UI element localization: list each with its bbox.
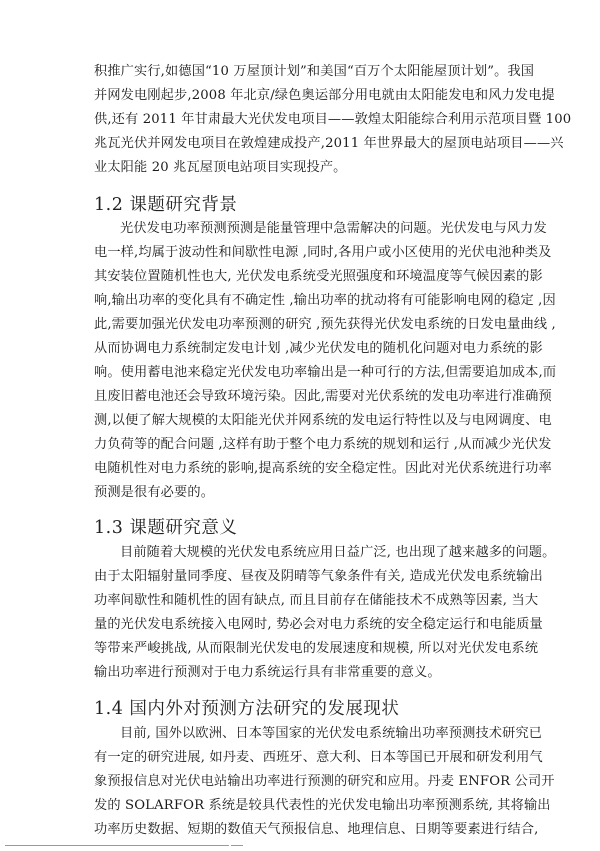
text-line: 量的光伏发电系统接入电网时, 势必会对电力系统的安全稳定运行和电能质量 <box>94 617 514 633</box>
text-line: 电一样,均属于波动性和间歇性电源 ,同时,各用户或小区使用的光伏电池种类及 <box>94 245 514 261</box>
text-line: 象预报信息对光伏电站输出功率进行预测的研究和应用。丹麦 ENFOR 公司开 <box>94 774 514 790</box>
text-line: 积推广实行,如德国“10 万屋顶计划”和美国“百万个太阳能屋顶计划”。我国 <box>94 64 514 80</box>
text-line: 功率历史数据、短期的数值天气预报信息、地理信息、日期等要素进行结合, <box>94 822 514 838</box>
text-line: 业太阳能 20 兆瓦屋顶电站项目实现投产。 <box>94 160 514 176</box>
text-line: 输出功率进行预测对于电力系统运行具有非常重要的意义。 <box>94 665 514 681</box>
text-line: 力负荷等的配合问题 ,这样有助于整个电力系统的规划和运行 ,从而减少光伏发 <box>94 437 514 453</box>
section-heading-1-2: 1.2 课题研究背景 <box>94 194 237 216</box>
document-page: 积推广实行,如德国“10 万屋顶计划”和美国“百万个太阳能屋顶计划”。我国 并网… <box>0 0 600 851</box>
text-line: 有一定的研究进展, 如丹麦、西班牙、意大利、日本等国已开展和研发利用气 <box>94 750 514 766</box>
text-line: 预测是很有必要的。 <box>94 485 514 501</box>
text-line: 测,以便了解大规模的太阳能光伏并网系统的发电运行特性以及与电网调度、电 <box>94 413 514 429</box>
text-line: 目前, 国外以欧洲、日本等国家的光伏发电系统输出功率预测技术研究已 <box>120 726 540 742</box>
text-line: 并网发电刚起步,2008 年北京/绿色奥运部分用电就由太阳能发电和风力发电提 <box>94 88 514 104</box>
text-line: 供,还有 2011 年甘肃最大光伏发电项目——敦煌太阳能综合利用示范项目暨 10… <box>94 112 514 128</box>
text-line: 等带来严峻挑战, 从而限制光伏发电的发展速度和规模, 所以对光伏发电系统 <box>94 641 514 657</box>
text-line: 由于太阳辐射量同季度、昼夜及阴晴等气象条件有关, 造成光伏发电系统输出 <box>94 569 514 585</box>
text-line: 兆瓦光伏并网发电项目在敦煌建成投产,2011 年世界最大的屋顶电站项目——兴 <box>94 136 514 152</box>
text-line: 从而协调电力系统制定发电计划 ,减少光伏发电的随机化问题对电力系统的影 <box>94 341 514 357</box>
text-line: 且废旧蓄电池还会导致环境污染。因此,需要对光伏系统的发电功率进行准确预 <box>94 389 514 405</box>
text-line: 此,需要加强光伏发电功率预测的研究 ,预先获得光伏发电系统的日发电量曲线 , <box>94 317 514 333</box>
text-line: 功率间歇性和随机性的固有缺点, 而且目前存在储能技术不成熟等因素, 当大 <box>94 593 514 609</box>
section-heading-1-3: 1.3 课题研究意义 <box>94 517 237 539</box>
text-line: 其安装位置随机性也大, 光伏发电系统受光照强度和环境温度等气候因素的影 <box>94 269 514 285</box>
text-line: 目前随着大规模的光伏发电系统应用日益广泛, 也出现了越来越多的问题。 <box>120 545 540 561</box>
text-line: 光伏发电功率预测预测是能量管理中急需解决的问题。光伏发电与风力发 <box>120 221 540 237</box>
page-bottom-rule-segment <box>231 845 243 846</box>
text-line: 发的 SOLARFOR 系统是较具代表性的光伏发电输出功率预测系统, 其将输出 <box>94 798 514 814</box>
text-line: 响,输出功率的变化具有不确定性 ,输出功率的扰动将有可能影响电网的稳定 ,因 <box>94 293 514 309</box>
text-line: 响。使用蓄电池来稳定光伏发电功率输出是一种可行的方法,但需要追加成本,而 <box>94 365 514 381</box>
section-heading-1-4: 1.4 国内外对预测方法研究的发展现状 <box>94 698 399 720</box>
page-bottom-rule <box>5 845 229 846</box>
text-line: 电随机性对电力系统的影响,提高系统的安全稳定性。因此对光伏系统进行功率 <box>94 461 514 477</box>
